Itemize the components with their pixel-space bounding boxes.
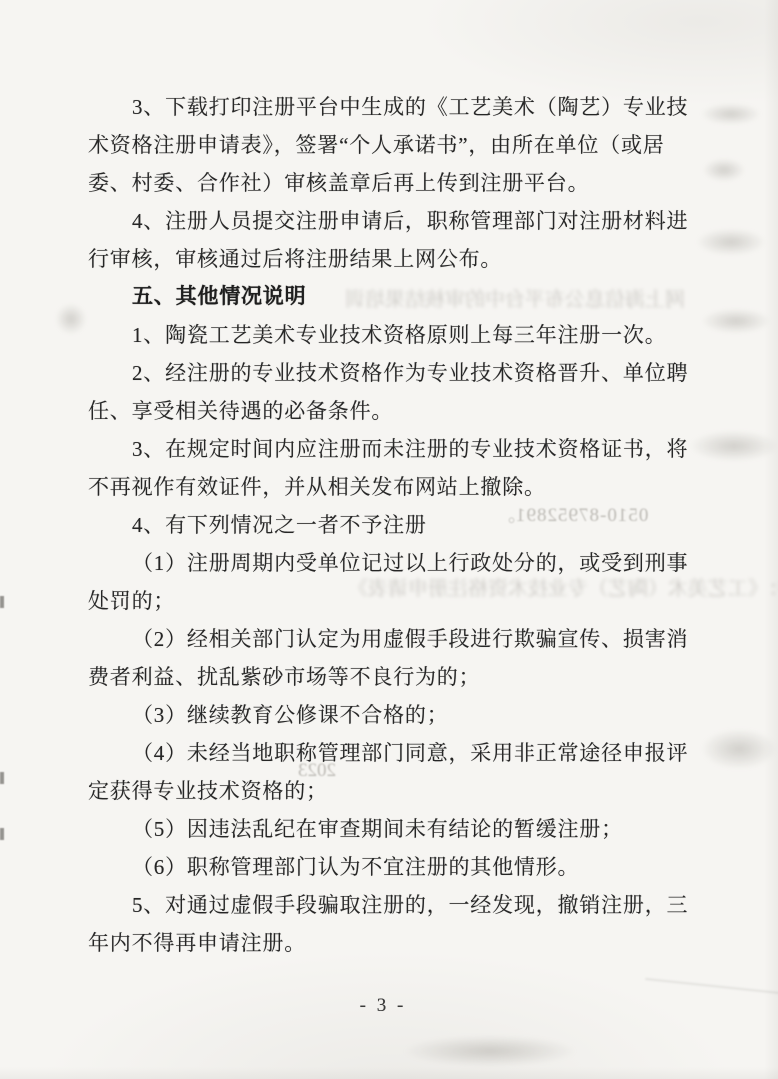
doc-line: 费者利益、扰乱紫砂市场等不良行为的； [88, 658, 704, 696]
scan-edge-mark [0, 772, 4, 784]
doc-line: 3、在规定时间内应注册而未注册的专业技术资格证书，将 [88, 430, 704, 468]
scan-smudge [700, 728, 778, 770]
page-number: - 3 - [88, 992, 678, 1020]
document-body: 3、下载打印注册平台中生成的《工艺美术（陶艺）专业技 术资格注册申请表》，签署“… [88, 88, 704, 962]
scan-smudge [55, 303, 87, 335]
doc-line: （5）因违法乱纪在审查期间未有结论的暂缓注册； [88, 810, 704, 848]
doc-line: 4、注册人员提交注册申请后，职称管理部门对注册材料进 [88, 202, 704, 240]
scanned-document-page: 网上海信息公布平台中的审核结果培训 0510-87952891。 附件：《工艺美… [0, 0, 778, 1079]
doc-line: 年内不得再申请注册。 [88, 924, 704, 962]
scan-smudge [702, 158, 746, 182]
doc-line: 任、享受相关待遇的必备条件。 [88, 392, 704, 430]
doc-line: 定获得专业技术资格的； [88, 772, 704, 810]
scan-smudge [700, 308, 772, 334]
doc-line: 术资格注册申请表》，签署“个人承诺书”，由所在单位（或居 [88, 126, 704, 164]
section-heading: 五、其他情况说明 [88, 278, 704, 316]
doc-line: 5、对通过虚假手段骗取注册的，一经发现，撤销注册，三 [88, 886, 704, 924]
doc-line: 处罚的； [88, 582, 704, 620]
scan-smudge [695, 228, 767, 256]
doc-line: 4、有下列情况之一者不予注册 [88, 506, 704, 544]
doc-line: 3、下载打印注册平台中生成的《工艺美术（陶艺）专业技 [88, 88, 704, 126]
scan-edge-mark [0, 596, 4, 608]
doc-line: （2）经相关部门认定为用虚假手段进行欺骗宣传、损害消 [88, 620, 704, 658]
doc-line: 1、陶瓷工艺美术专业技术资格原则上每三年注册一次。 [88, 316, 704, 354]
scan-smudge [700, 103, 762, 125]
doc-line: （3）继续教育公修课不合格的； [88, 696, 704, 734]
doc-line: （1）注册周期内受单位记过以上行政处分的，或受到刑事 [88, 544, 704, 582]
scan-edge-mark [0, 828, 4, 840]
doc-line: （4）未经当地职称管理部门同意，采用非正常途径申报评 [88, 734, 704, 772]
doc-line: 不再视作有效证件，并从相关发布网站上撤除。 [88, 468, 704, 506]
doc-line: （6）职称管理部门认为不宜注册的其他情形。 [88, 848, 704, 886]
doc-line: 委、村委、合作社）审核盖章后再上传到注册平台。 [88, 164, 704, 202]
doc-line: 行审核，审核通过后将注册结果上网公布。 [88, 240, 704, 278]
scan-smudge [400, 1035, 580, 1067]
doc-line: 2、经注册的专业技术资格作为专业技术资格晋升、单位聘 [88, 354, 704, 392]
